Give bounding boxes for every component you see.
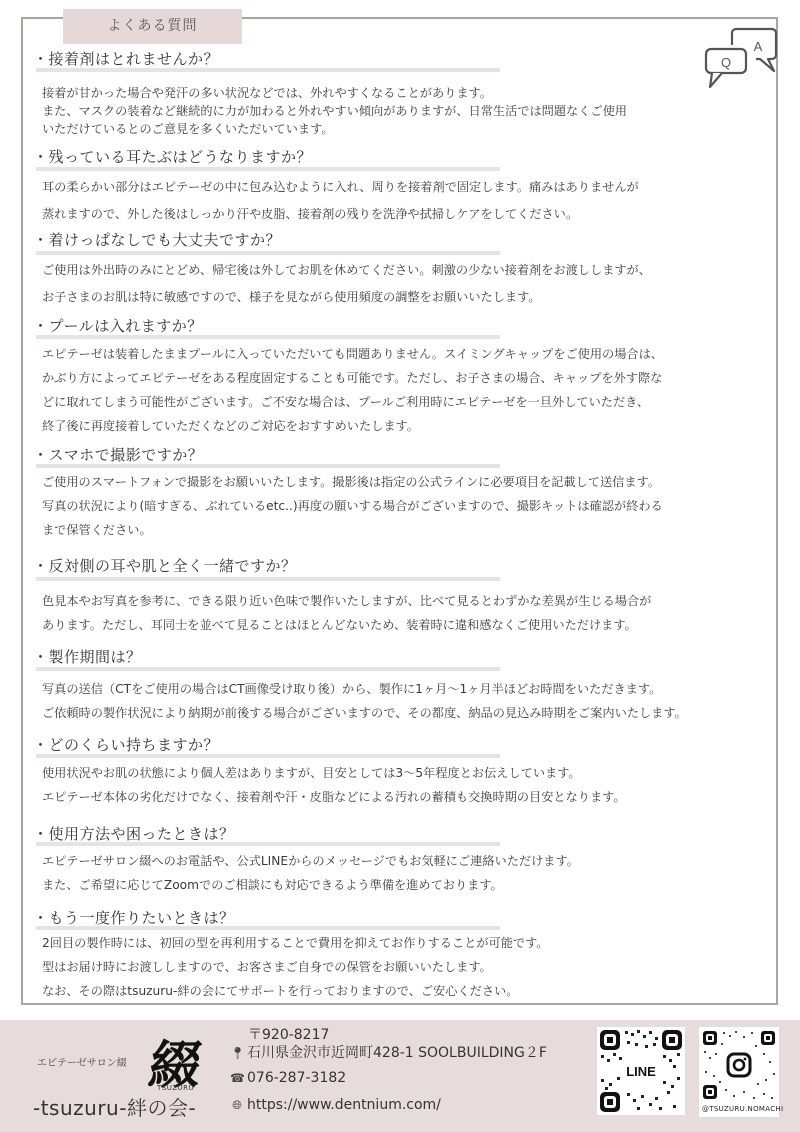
- faq-question: ・スマホで撮影ですか？: [33, 444, 203, 465]
- question-underline: [36, 842, 500, 846]
- salon-label: エピテーゼサロン綴: [37, 1054, 127, 1069]
- line-qr-code[interactable]: LINE: [597, 1027, 685, 1115]
- question-underline: [36, 577, 500, 581]
- globe-icon: 🌐︎: [230, 1098, 244, 1113]
- question-underline: [36, 68, 500, 72]
- address: 📍︎石川県金沢市近岡町428-1 SOOLBUILDING２F: [230, 1042, 547, 1062]
- faq-question: ・接着剤はとれませんか？: [33, 48, 219, 69]
- question-underline: [36, 167, 500, 171]
- faq-answer: ご使用は外出時のみにとどめ、帰宅後は外してお肌を休めてください。刺激の少ない接着…: [42, 264, 651, 318]
- group-name: -tsuzuru-絆の会-: [33, 1092, 196, 1121]
- faq-question: ・プールは入れますか？: [33, 315, 203, 336]
- faq-answer: 色見本やお写真を参考に、できる限り近い色味で製作いたしますが、比べて見るとわずか…: [42, 595, 651, 643]
- faq-question: ・残っている耳たぶはどうなりますか？: [33, 146, 312, 167]
- phone[interactable]: ☎076-287-3182: [230, 1070, 346, 1086]
- footer: エピテーゼサロン綴 綴 TSUZURU -tsuzuru-絆の会- 〒920-8…: [0, 1020, 800, 1132]
- faq-answer: ご使用のスマートフォンで撮影をお願いいたします。撮影後は指定の公式ラインに必要項…: [42, 476, 663, 548]
- question-underline: [36, 926, 500, 930]
- postal-code: 〒920-8217: [248, 1024, 329, 1044]
- faq-question: ・反対側の耳や肌と全く一緒ですか？: [33, 555, 297, 576]
- phone-icon: ☎: [230, 1071, 244, 1085]
- faq-answer: エピテーゼサロン綴へのお電話や、公式LINEからのメッセージでもお気軽にご連絡い…: [42, 855, 579, 903]
- svg-text:A: A: [754, 39, 763, 54]
- question-underline: [36, 667, 500, 671]
- question-underline: [36, 754, 500, 758]
- question-underline: [36, 335, 500, 339]
- faq-answer: エピテーゼは装着したままプールに入っていただいても問題ありません。スイミングキャ…: [42, 348, 663, 444]
- faq-answer: 使用状況やお肌の状態により個人差はありますが、目安としては3～5年程度とお伝えし…: [42, 767, 626, 815]
- faq-answer: 耳の柔らかい部分はエピテーゼの中に包み込むように入れ、周りを接着剤で固定します。…: [42, 181, 639, 235]
- faq-answer: 写真の送信（CTをご使用の場合はCT画像受け取り後）から、製作に1ヶ月～1ヶ月半…: [42, 683, 687, 731]
- instagram-handle: @TSUZURU.NOMACHI: [702, 1105, 783, 1113]
- page-title: よくある質問: [63, 9, 242, 44]
- question-underline: [36, 464, 500, 468]
- svg-text:LINE: LINE: [626, 1064, 656, 1079]
- logo-subtitle: TSUZURU: [157, 1084, 194, 1092]
- faq-question: ・もう一度作りたいときは？: [33, 907, 235, 928]
- svg-text:Q: Q: [721, 55, 731, 70]
- faq-answer: 2回目の製作時には、初回の型を再利用することで費用を抑えてお作りすることが可能で…: [42, 937, 548, 1009]
- instagram-qr-code[interactable]: @TSUZURU.NOMACHI: [699, 1027, 779, 1117]
- faq-answer: 接着が甘かった場合や発汗の多い状況などでは、外れやすくなることがあります。 また…: [42, 87, 627, 141]
- faq-question: ・着けっぱなしでも大丈夫ですか？: [33, 229, 281, 250]
- question-underline: [36, 251, 500, 255]
- faq-question: ・使用方法や困ったときは？: [33, 823, 235, 844]
- faq-question: ・製作期間は？: [33, 646, 142, 667]
- website-link[interactable]: 🌐︎https://www.dentnium.com/: [230, 1097, 441, 1113]
- qa-speech-bubbles-icon: A Q: [700, 25, 780, 97]
- location-pin-icon: 📍︎: [230, 1046, 244, 1060]
- faq-question: ・どのくらい持ちますか？: [33, 734, 219, 755]
